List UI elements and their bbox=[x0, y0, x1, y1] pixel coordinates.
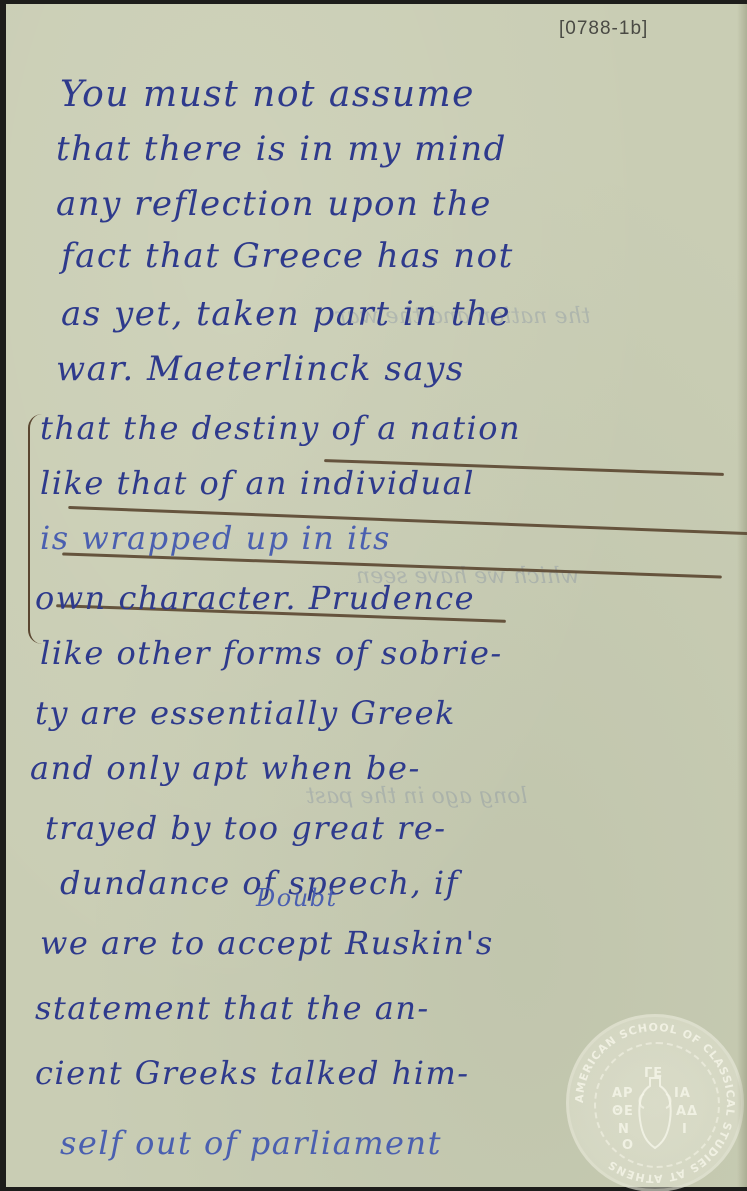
interlinear-insertion: Doubt bbox=[256, 884, 338, 912]
handwritten-line: self out of parliament bbox=[60, 1124, 442, 1162]
handwritten-line: trayed by too great re- bbox=[45, 809, 447, 847]
handwritten-line: cient Greeks talked him- bbox=[35, 1054, 470, 1092]
seal-center-text: Ο bbox=[622, 1138, 634, 1153]
document-page: [0788-1b] the nation and the war which w… bbox=[0, 0, 747, 1191]
seal-center-text: Ν bbox=[618, 1122, 630, 1137]
seal-center-text: ΘΕ bbox=[612, 1104, 634, 1119]
handwritten-line: we are to accept Ruskin's bbox=[40, 924, 494, 962]
handwritten-line: own character. Prudence bbox=[35, 579, 475, 617]
handwritten-line: and only apt when be- bbox=[30, 749, 421, 787]
handwritten-line: as yet, taken part in the bbox=[61, 294, 511, 334]
seal-center-text: ΑΔ bbox=[676, 1104, 698, 1119]
institution-seal: AMERICAN SCHOOL OF CLASSICAL STUDIES AT … bbox=[566, 1014, 744, 1191]
bleed-through-text: long ago in the past bbox=[306, 784, 528, 809]
handwritten-line: any reflection upon the bbox=[56, 184, 492, 224]
handwritten-line: statement that the an- bbox=[35, 989, 430, 1027]
handwritten-line: like other forms of sobrie- bbox=[40, 634, 503, 672]
archive-reference: [0788-1b] bbox=[559, 18, 648, 40]
handwritten-line: like that of an individual bbox=[40, 464, 475, 502]
seal-center-text: ΑΡ bbox=[612, 1086, 634, 1101]
seal-center-text: ΙΑ bbox=[674, 1086, 691, 1101]
seal-center-text: Ι bbox=[682, 1122, 688, 1137]
handwritten-line: is wrapped up in its bbox=[40, 519, 391, 557]
paper-sheet: [0788-1b] the nation and the war which w… bbox=[6, 4, 747, 1187]
handwritten-line: war. Maeterlinck says bbox=[56, 349, 465, 389]
handwritten-line: fact that Greece has not bbox=[61, 236, 514, 276]
amphora-icon bbox=[636, 1074, 674, 1154]
handwritten-line: that there is in my mind bbox=[56, 129, 507, 169]
handwritten-line: that the destiny of a nation bbox=[40, 409, 521, 447]
handwritten-line: You must not assume bbox=[60, 74, 475, 115]
handwritten-line: ty are essentially Greek bbox=[35, 694, 456, 732]
